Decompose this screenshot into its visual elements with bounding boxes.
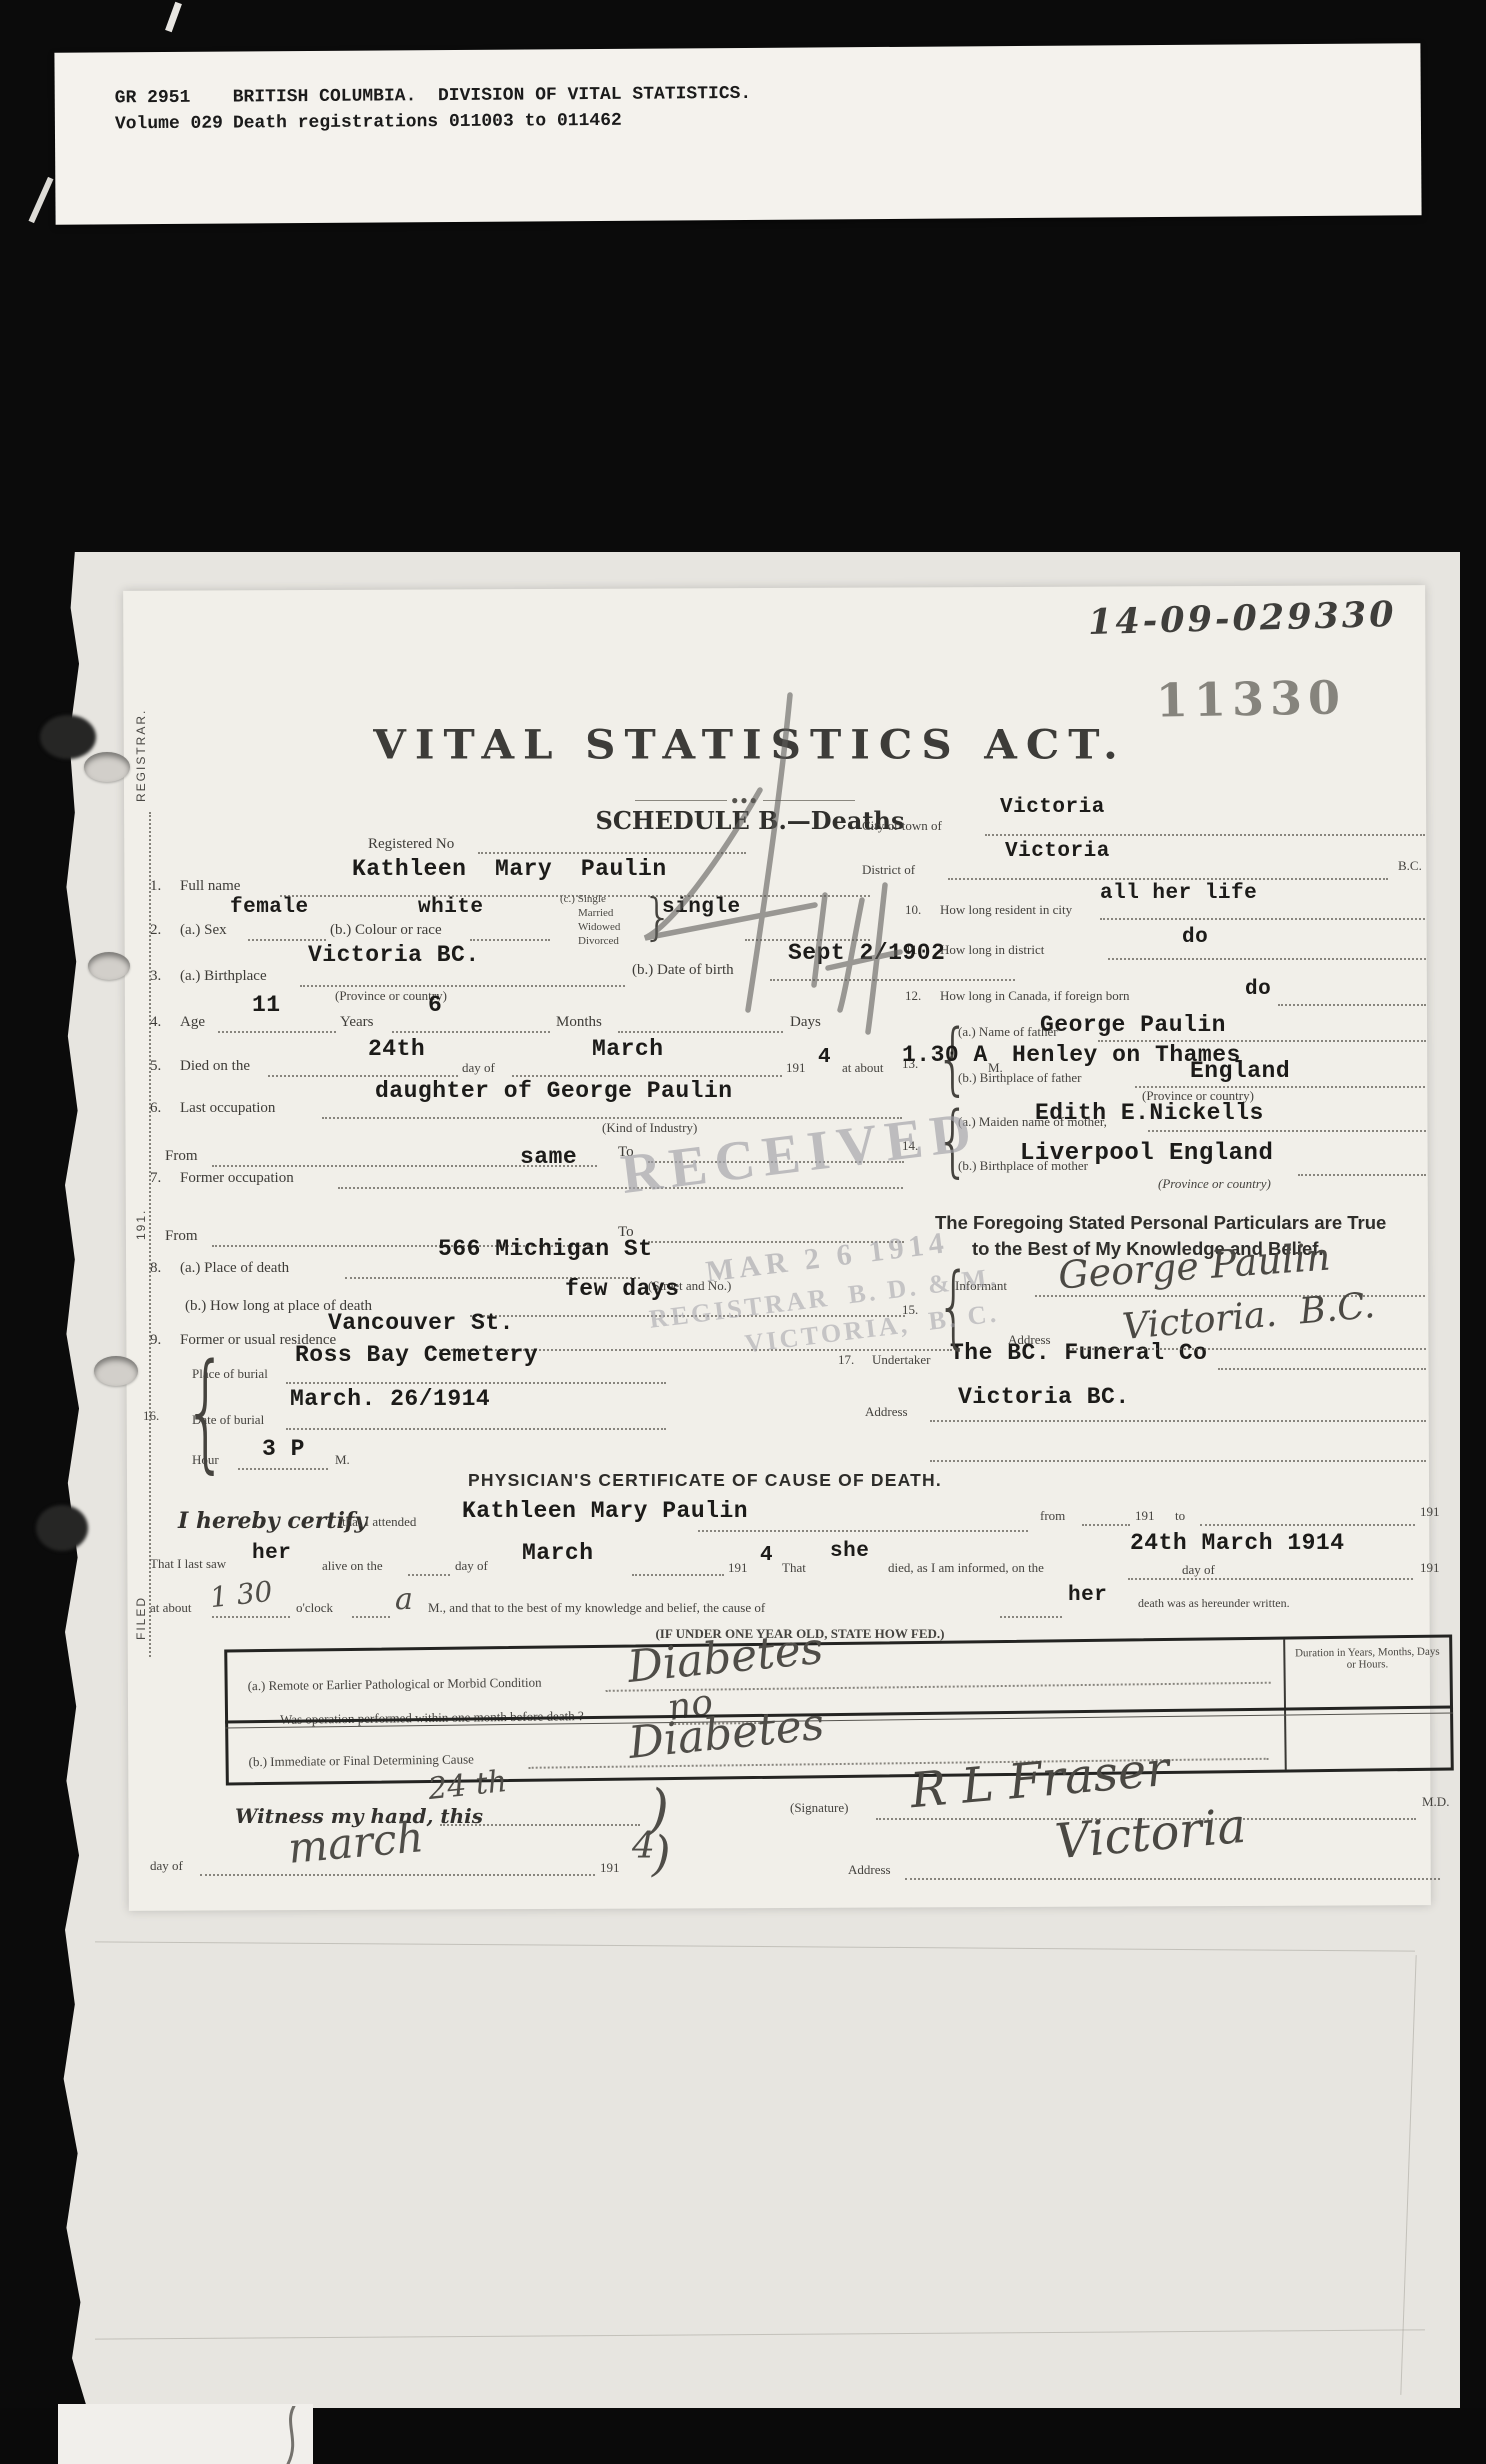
leader [408, 1572, 450, 1576]
leader [1278, 1002, 1426, 1006]
punch-hole [84, 752, 130, 782]
leader [300, 983, 625, 987]
row3-label: (a.) Birthplace [180, 968, 267, 985]
margin-filed-label: FILED [134, 1596, 148, 1640]
row10-label: How long resident in city [940, 902, 1072, 918]
leader [200, 1872, 595, 1876]
cause-b-label: (b.) Immediate or Final Determining Caus… [248, 1751, 473, 1770]
row16-number: 16. [143, 1408, 159, 1424]
cause-box-divider [1283, 1640, 1287, 1770]
leader [1068, 1346, 1426, 1350]
last-occupation-value: daughter of George Paulin [375, 1078, 733, 1104]
death-time-value: 1.30 A [902, 1042, 988, 1068]
mother-birthplace-sub: (Province or country) [1158, 1176, 1271, 1192]
leader [1218, 1366, 1426, 1370]
row2-condition-option: (c.) Single [560, 893, 606, 905]
belief-label: M., and that to the best of my knowledge… [428, 1600, 765, 1616]
city-value: Victoria [1000, 796, 1105, 819]
leader [512, 1073, 782, 1077]
lastsaw-lead: That I last saw [150, 1556, 226, 1572]
leader [1128, 1576, 1413, 1580]
archive-subtitle: Death registrations 011003 to 011462 [233, 111, 622, 134]
atabout-label: at about [150, 1600, 192, 1616]
former-occupation-value: same [520, 1144, 577, 1170]
that-label: That [782, 1560, 806, 1576]
leader [698, 1528, 1028, 1532]
leader [470, 937, 550, 941]
leader [985, 832, 1425, 836]
canada-time-value: do [1245, 978, 1271, 1001]
burial-place-label: Place of burial [192, 1366, 268, 1382]
margin-registrar-label: REGISTRAR. [134, 709, 148, 802]
punch-hole [94, 1356, 138, 1386]
death-day-value: 24th [368, 1036, 425, 1062]
age-months-value: 6 [428, 992, 442, 1018]
row7-number: 7. [150, 1170, 161, 1187]
row2-number: 2. [150, 922, 161, 939]
meridiem-handwritten: a [395, 1582, 413, 1617]
witness-year-label: 191 [600, 1860, 620, 1876]
burial-date-label: Date of burial [192, 1412, 264, 1428]
cause-a-label: (a.) Remote or Earlier Pathological or M… [248, 1675, 542, 1695]
row2-colour-label: (b.) Colour or race [330, 922, 442, 939]
row17-number: 17. [838, 1352, 854, 1368]
age-years-label: Years [340, 1014, 373, 1031]
leader [1000, 1614, 1062, 1618]
colour-value: white [418, 896, 484, 919]
age-months-label: Months [556, 1014, 602, 1031]
written-registration-number: 14-09-029330 [1088, 594, 1398, 643]
punch-hole [88, 952, 130, 980]
row6-number: 6. [150, 1100, 161, 1117]
certify-year1: 191 [1135, 1508, 1155, 1524]
row4-number: 4. [150, 1014, 161, 1031]
row8-label: (a.) Place of death [180, 1260, 289, 1277]
cause-of-death-box: Duration in Years, Months, Days or Hours… [224, 1635, 1454, 1786]
row17-label: Undertaker [872, 1352, 930, 1368]
father-name-label: (a.) Name of father [958, 1024, 1058, 1040]
leader [392, 1029, 550, 1033]
death-date-value: 24th March 1914 [1130, 1530, 1345, 1556]
undertaker-address-value: Victoria BC. [958, 1384, 1130, 1410]
dayof1-label: day of [455, 1558, 488, 1574]
leader [238, 1466, 328, 1470]
burial-date-value: March. 26/1914 [290, 1386, 490, 1412]
row5-meridiem-label: M. [988, 1060, 1003, 1076]
witness-dayof-label: day of [150, 1858, 183, 1874]
row3-number: 3. [150, 968, 161, 985]
row4-label: Age [180, 1014, 205, 1031]
row1-number: 1. [150, 878, 161, 895]
ink-blob [40, 715, 96, 759]
leader [352, 1614, 390, 1618]
row7-label: Former occupation [180, 1170, 294, 1187]
year3-value: 4 [760, 1544, 773, 1567]
row5-number: 5. [150, 1058, 161, 1075]
leader [1108, 956, 1426, 960]
resident-city-value: all her life [1100, 882, 1257, 905]
leader [930, 1418, 1426, 1422]
leader [1298, 1172, 1426, 1176]
burial-place-value: Ross Bay Cemetery [295, 1342, 538, 1368]
leader [268, 1073, 458, 1077]
row5-dayof-label: day of [462, 1060, 495, 1076]
certify-rest: that I attended [342, 1514, 416, 1530]
archive-header-card: GR 2951 Volume 029 BRITISH COLUMBIA. DIV… [54, 43, 1421, 225]
row2-sex-label: (a.) Sex [180, 922, 227, 939]
archive-ref-line1: GR 2951 [115, 88, 191, 109]
leader [948, 876, 1388, 880]
cause-b-value: Diabetes [626, 1699, 826, 1769]
informant-address-label: Address [1008, 1332, 1051, 1348]
leader [286, 1380, 666, 1384]
film-scratch-left [28, 177, 53, 223]
she-value: she [830, 1540, 869, 1563]
duration-label: Duration in Years, Months, Days or Hours… [1291, 1646, 1443, 1672]
alive-label: alive on the [322, 1558, 383, 1574]
year3-label: 191 [728, 1560, 748, 1576]
row12-label: How long in Canada, if foreign born [940, 988, 1130, 1004]
oclock-label: o'clock [296, 1600, 333, 1616]
row9-number: 9. [150, 1332, 161, 1349]
pen-squiggle [280, 2406, 304, 2464]
leader [286, 1426, 666, 1430]
leader [930, 1458, 1426, 1462]
district-time-value: do [1182, 926, 1208, 949]
certify-lead: I hereby certify [178, 1508, 367, 1534]
district-suffix: B.C. [1398, 858, 1422, 874]
father-name-value: George Paulin [1040, 1012, 1226, 1038]
certify-patient-name: Kathleen Mary Paulin [462, 1498, 748, 1524]
witness-paren2: ) [652, 1826, 671, 1882]
district-value: Victoria [1005, 840, 1110, 863]
her2-value: her [1068, 1584, 1107, 1607]
from-label: From [165, 1148, 198, 1165]
died-label: died, as I am informed, on the [888, 1560, 1044, 1576]
father-birthplace-label: (b.) Birthplace of father [958, 1070, 1081, 1086]
leader [212, 1614, 290, 1618]
leader [1200, 1522, 1415, 1526]
leader [632, 1572, 724, 1576]
film-scratch-top [165, 2, 182, 33]
leader [218, 1029, 336, 1033]
row5-label: Died on the [180, 1058, 250, 1075]
physician-heading: PHYSICIAN'S CERTIFICATE OF CAUSE OF DEAT… [468, 1470, 942, 1491]
row17-address-label: Address [865, 1404, 908, 1420]
row1-label: Full name [180, 878, 240, 895]
row5-year-label: 191 [786, 1060, 806, 1076]
burial-hour-label: Hour [192, 1452, 219, 1468]
archive-title: BRITISH COLUMBIA. DIVISION OF VITAL STAT… [233, 84, 752, 108]
leader [1148, 1128, 1426, 1132]
from-label: From [165, 1228, 198, 1245]
mother-birthplace-value: Liverpool England [1020, 1140, 1273, 1167]
birthplace-value: Victoria BC. [308, 942, 480, 968]
leader [905, 1876, 1440, 1880]
registered-no-label: Registered No [368, 836, 454, 853]
pencil-mark-4-and-14 [600, 680, 930, 1040]
age-years-value: 11 [252, 992, 281, 1018]
lastsaw-month: March [522, 1540, 594, 1566]
residence-value: Vancouver St. [328, 1310, 514, 1336]
leader [1082, 1522, 1130, 1526]
witness-address-label: Address [848, 1862, 891, 1878]
certify-to-label: to [1175, 1508, 1185, 1524]
burial-hour-value: 3 P [262, 1436, 305, 1462]
row6-label: Last occupation [180, 1100, 275, 1117]
certify-from-label: from [1040, 1508, 1065, 1524]
stamped-certificate-number: 11330 [1156, 670, 1347, 727]
row8-number: 8. [150, 1260, 161, 1277]
ink-blob [36, 1505, 88, 1551]
time-handwritten: 1 30 [208, 1575, 273, 1614]
sex-value: female [230, 896, 309, 919]
father-birthplace-line2: England [1190, 1058, 1290, 1084]
hereunder-label: death was as hereunder written. [1138, 1596, 1290, 1611]
microfilm-frame: GR 2951 Volume 029 BRITISH COLUMBIA. DIV… [0, 0, 1486, 2464]
md-label: M.D. [1422, 1794, 1449, 1810]
death-year-value: 4 [818, 1046, 831, 1069]
burial-meridiem: M. [335, 1452, 350, 1468]
paper-tab-bottom [58, 2404, 313, 2464]
signature-label: (Signature) [790, 1800, 848, 1816]
lastsaw-her: her [252, 1542, 291, 1565]
row11-label: How long in district [940, 942, 1044, 958]
margin-year-label: 191. [134, 1209, 148, 1240]
archive-ref-line2: Volume 029 [115, 114, 223, 135]
leader [1100, 916, 1425, 920]
certify-year2: 191 [1420, 1504, 1440, 1520]
leader [440, 1822, 640, 1826]
leader [248, 937, 326, 941]
year4-label: 191 [1420, 1560, 1440, 1576]
row5-atabout-label: at about [842, 1060, 884, 1076]
